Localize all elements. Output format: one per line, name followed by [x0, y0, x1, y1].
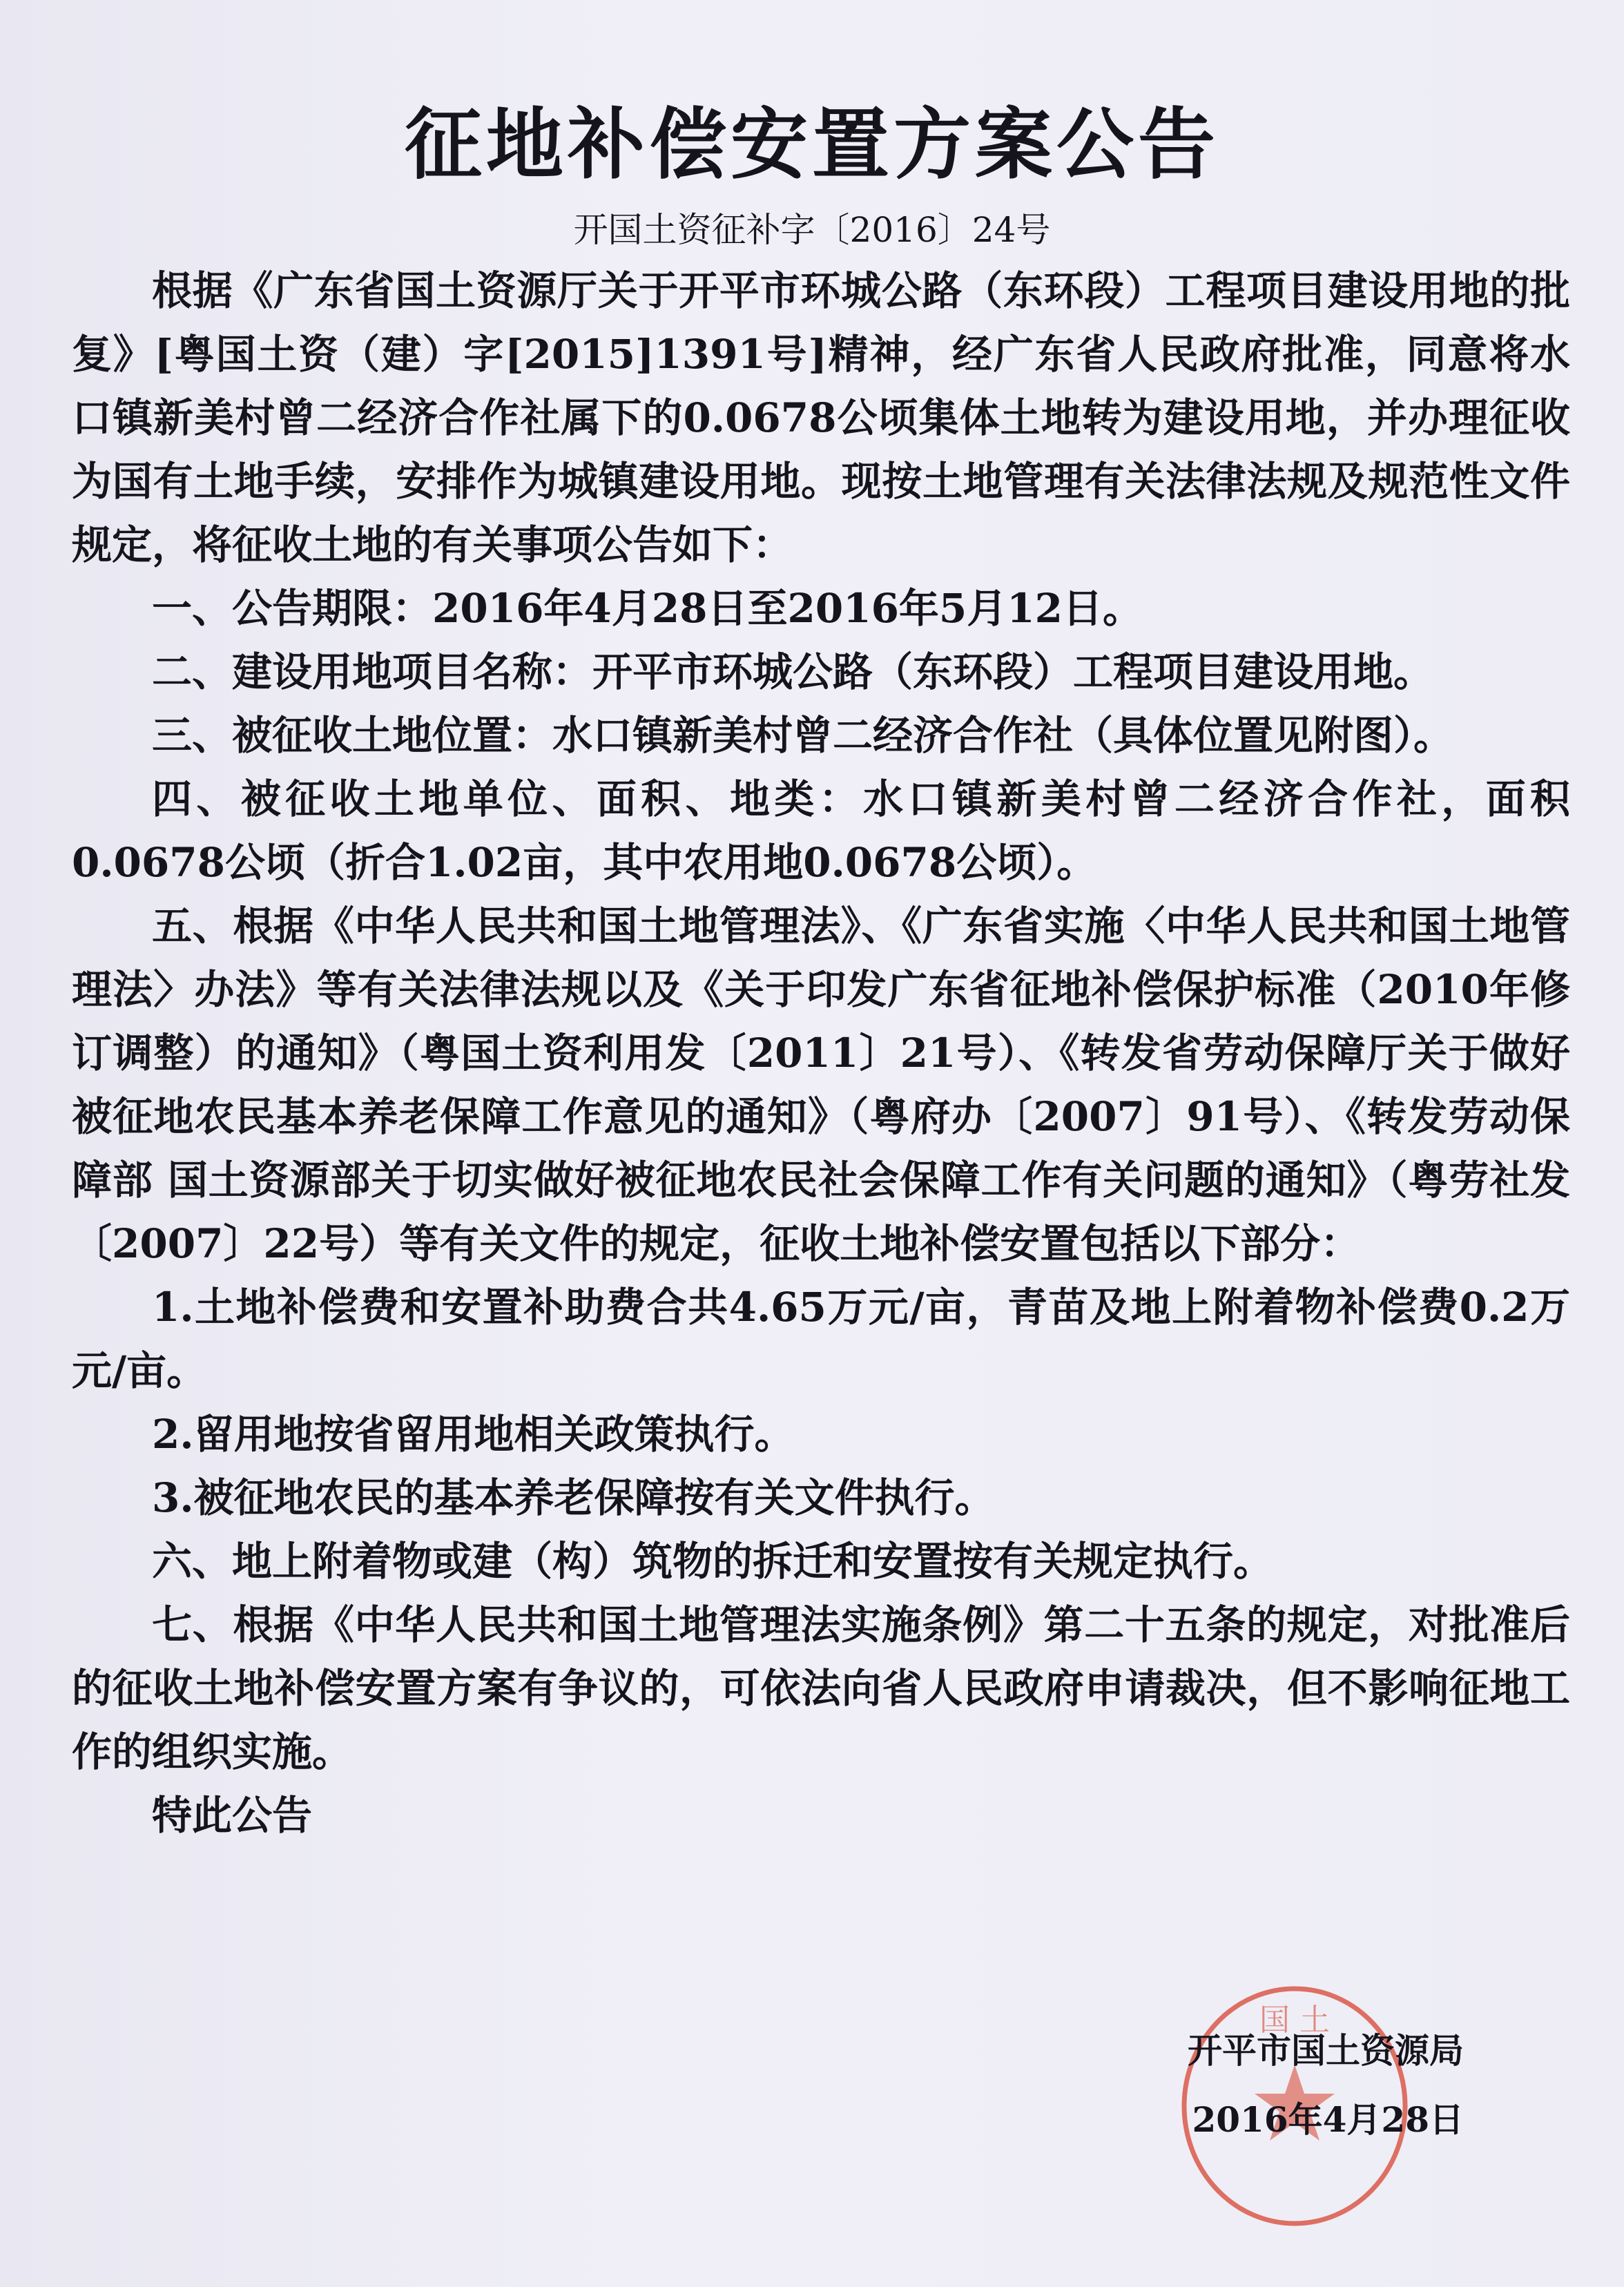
closing-phrase: 特此公告: [72, 1784, 1570, 1847]
paragraph-item-7: 七、根据《中华人民共和国土地管理法实施条例》第二十五条的规定，对批准后的征收土地…: [72, 1593, 1570, 1784]
signature-organization: 开平市国土资源局: [1105, 2027, 1464, 2075]
document-body: 根据《广东省国土资源厅关于开平市环城公路（东环段）工程项目建设用地的批复》[粤国…: [72, 259, 1570, 1847]
paragraph-sub-2: 2.留用地按省留用地相关政策执行。: [72, 1402, 1570, 1466]
paragraph-item-6: 六、地上附着物或建（构）筑物的拆迁和安置按有关规定执行。: [72, 1530, 1570, 1593]
paragraph-item-1: 一、公告期限：2016年4月28日至2016年5月12日。: [72, 577, 1570, 640]
paragraph-item-3: 三、被征收土地位置：水口镇新美村曾二经济合作社（具体位置见附图）。: [72, 704, 1570, 767]
document-title: 征地补偿安置方案公告: [0, 97, 1624, 193]
paragraph-sub-3: 3.被征地农民的基本养老保障按有关文件执行。: [72, 1466, 1570, 1530]
paragraph-item-5: 五、根据《中华人民共和国土地管理法》、《广东省实施〈中华人民共和国土地管理法〉办…: [72, 894, 1570, 1275]
paragraph-item-4: 四、被征收土地单位、面积、地类：水口镇新美村曾二经济合作社，面积0.0678公顷…: [72, 767, 1570, 894]
document-number: 开国土资征补字〔2016〕24号: [0, 206, 1624, 254]
document-page: 征地补偿安置方案公告 开国土资征补字〔2016〕24号 根据《广东省国土资源厅关…: [0, 0, 1624, 2287]
signature-date: 2016年4月28日: [1105, 2096, 1464, 2144]
paragraph-sub-1: 1.土地补偿费和安置补助费合共4.65万元/亩，青苗及地上附着物补偿费0.2万元…: [72, 1275, 1570, 1402]
paragraph-item-2: 二、建设用地项目名称：开平市环城公路（东环段）工程项目建设用地。: [72, 640, 1570, 704]
paragraph-intro: 根据《广东省国土资源厅关于开平市环城公路（东环段）工程项目建设用地的批复》[粤国…: [72, 259, 1570, 577]
